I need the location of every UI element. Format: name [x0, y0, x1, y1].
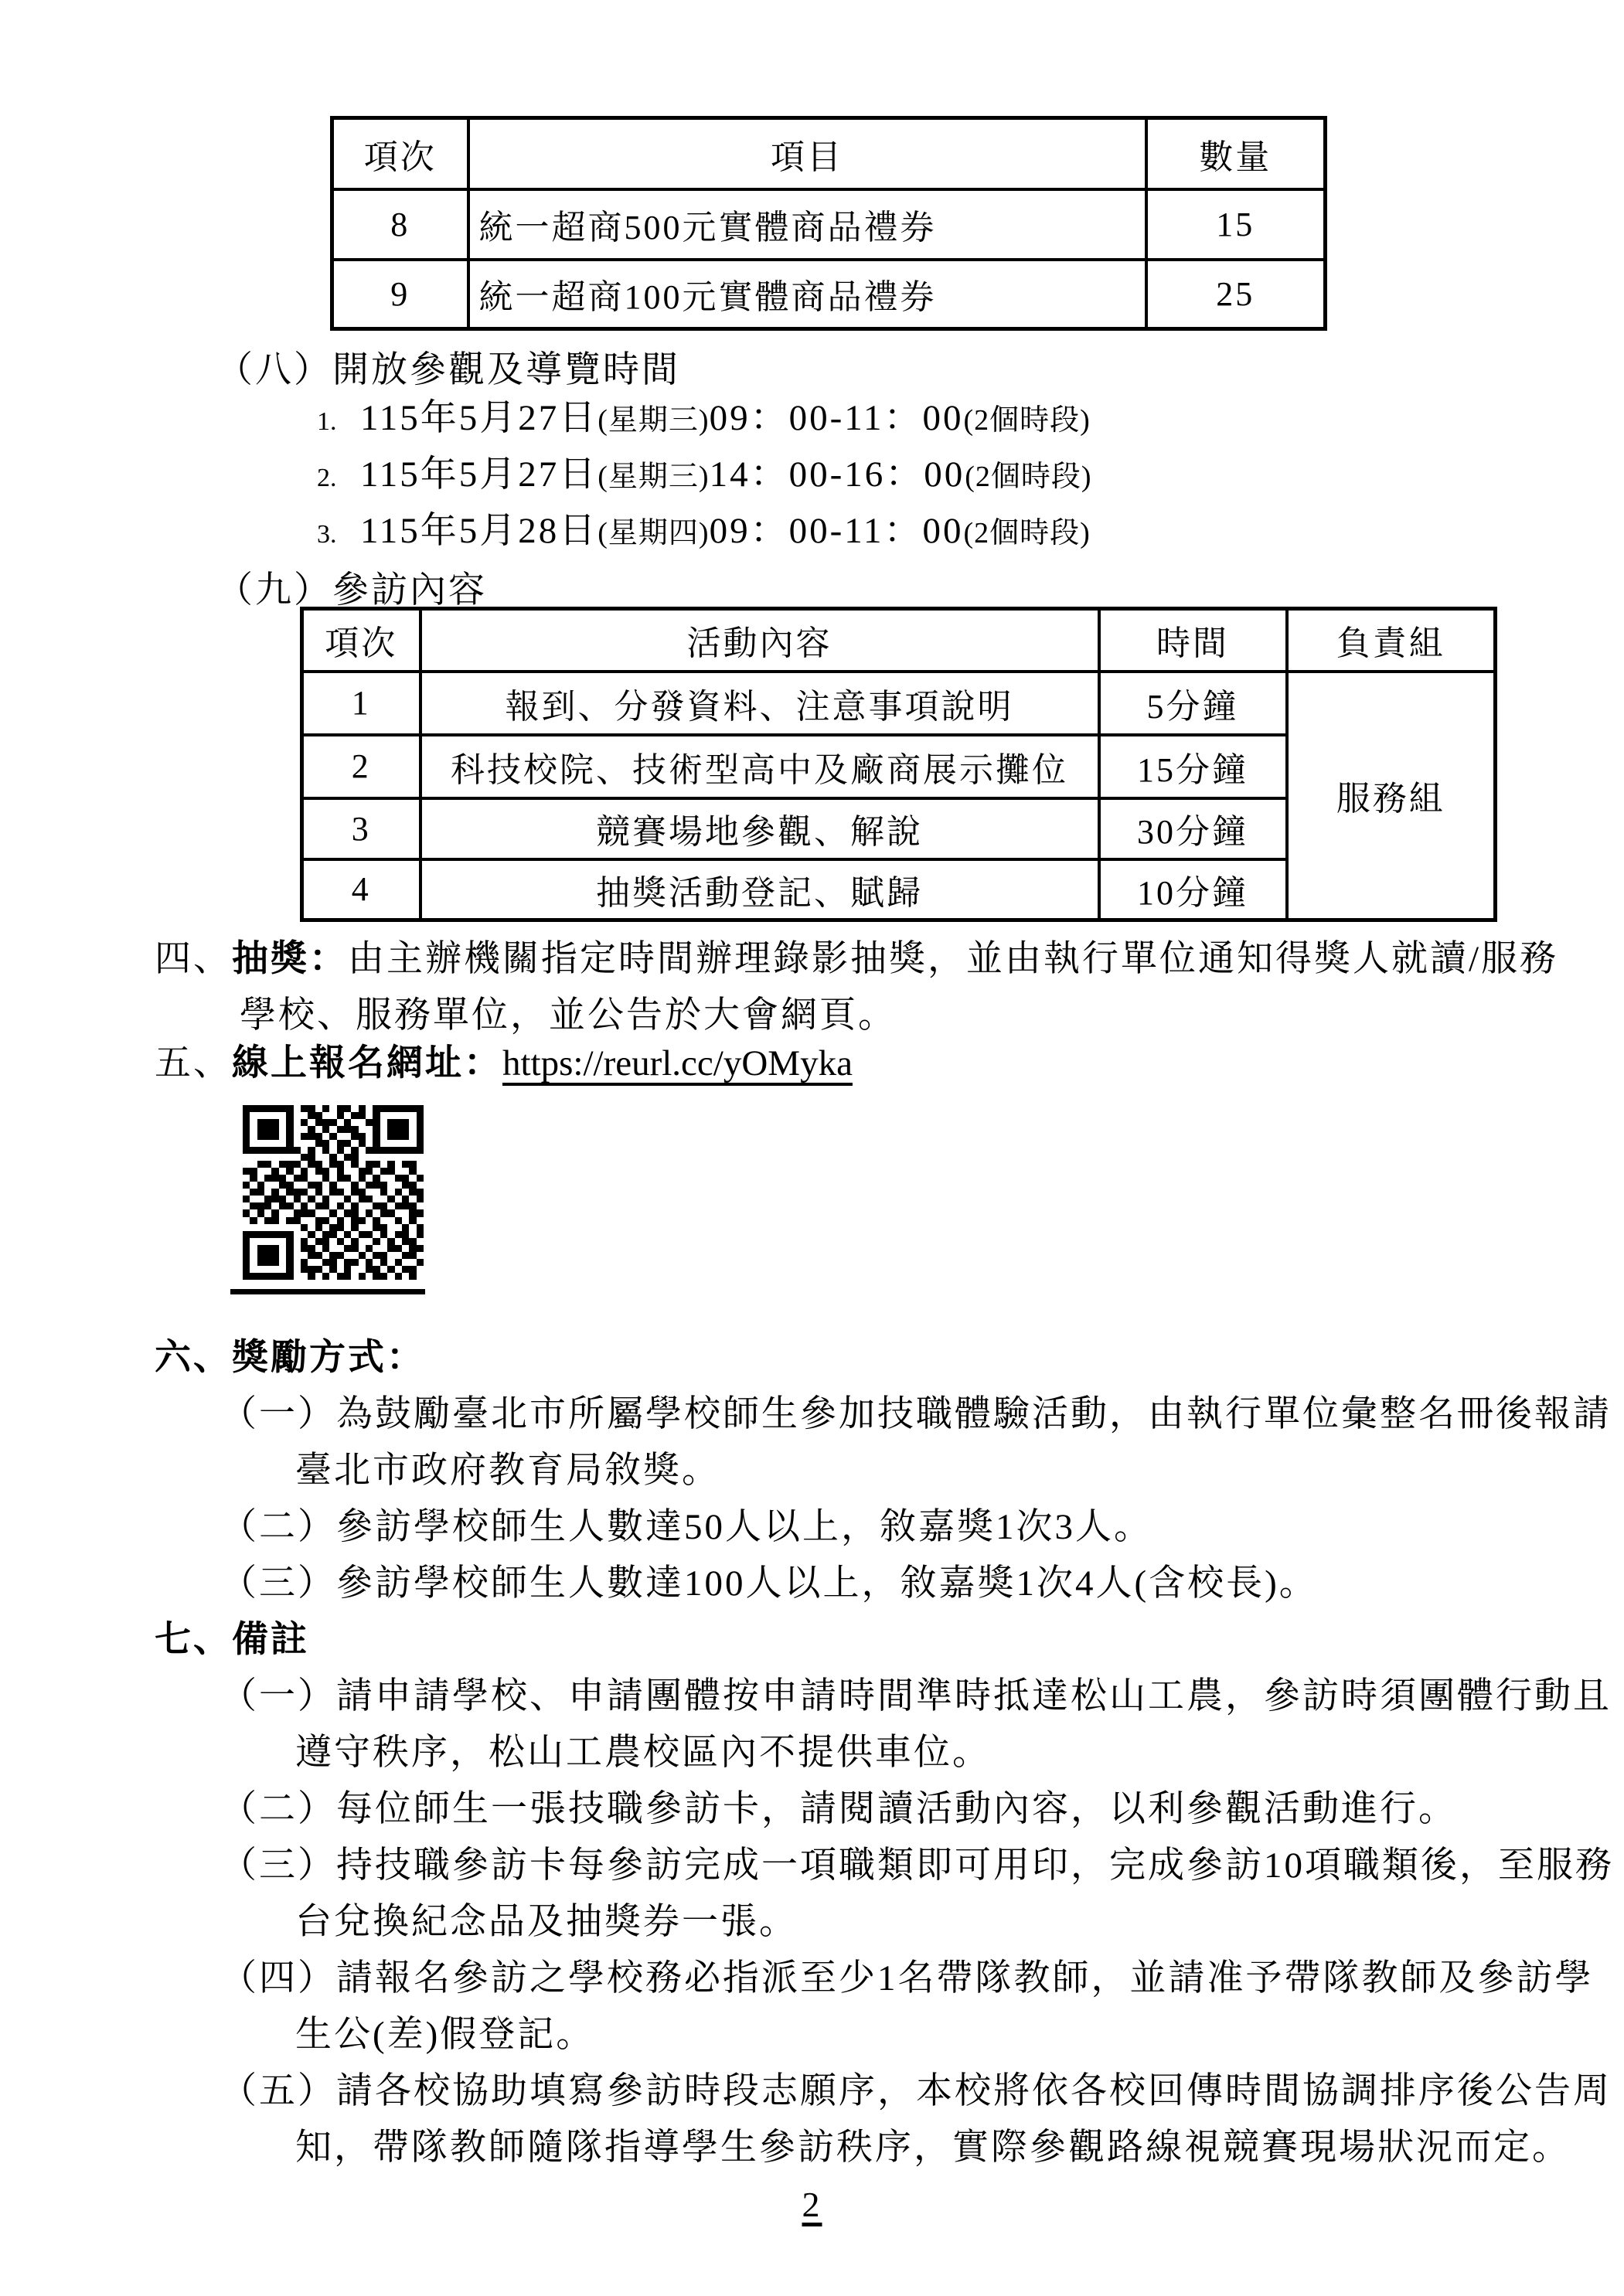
table-cell: 15分鐘: [1099, 735, 1287, 798]
column-header: 項次: [302, 609, 420, 672]
list-item: 1.115年5月27日(星期三)09：00-11：00(2個時段): [317, 396, 1091, 441]
table-cell: 4: [302, 859, 420, 920]
table-header-row: 項次 項目 數量: [332, 118, 1326, 189]
date-text: 115年5月27日: [360, 398, 598, 438]
section4-line2: 學校、服務單位，並公告於大會網頁。: [240, 993, 897, 1039]
qr-underline-rule: [230, 1289, 425, 1294]
section6-number: 六、: [155, 1335, 232, 1381]
table-cell: 3: [302, 798, 420, 859]
section6-item-continuation: 臺北市政府教育局敘獎。: [295, 1448, 720, 1494]
section7-number: 七、: [155, 1617, 232, 1663]
table-cell: 抽獎活動登記、賦歸: [420, 859, 1099, 920]
visit-content-table: 項次 活動內容 時間 負責組 1 報到、分發資料、注意事項說明 5分鐘 服務組 …: [300, 607, 1497, 922]
table-header-row: 項次 活動內容 時間 負責組: [302, 609, 1496, 672]
column-header: 活動內容: [420, 609, 1099, 672]
table-cell: 統一超商100元實體商品禮券: [468, 260, 1146, 329]
date-text: 115年5月28日: [360, 511, 598, 551]
list-item-marker: 3.: [317, 519, 360, 552]
section5-line: 五、線上報名網址：https://reurl.cc/yOMyka: [155, 1041, 853, 1087]
section6-title: 獎勵方式：: [232, 1338, 425, 1378]
section7-item: （一）請申請學校、申請團體按申請時間準時抵達松山工農，參訪時須團體行動且: [220, 1674, 1612, 1719]
table-cell: 9: [332, 260, 468, 329]
section7-item-continuation: 遵守秩序，松山工農校區內不提供車位。: [295, 1730, 991, 1776]
section4-number: 四、: [155, 937, 232, 982]
section6-item: （二）參訪學校師生人數達50人以上，敘嘉獎1次3人。: [220, 1505, 1152, 1550]
section7-item: （四）請報名參訪之學校務必指派至少1名帶隊教師，並請准予帶隊教師及參訪學: [220, 1956, 1594, 2002]
column-header: 數量: [1146, 118, 1326, 189]
table-cell: 競賽場地參觀、解說: [420, 798, 1099, 859]
list-item: 3.115年5月28日(星期四)09：00-11：00(2個時段): [317, 509, 1091, 554]
date-text: 115年5月27日: [360, 454, 598, 495]
table-cell: 15: [1146, 189, 1326, 260]
prize-table: 項次 項目 數量 8 統一超商500元實體商品禮券 15 9 統一超商100元實…: [330, 116, 1327, 331]
column-header: 項次: [332, 118, 468, 189]
section7-item: （二）每位師生一張技職參訪卡，請閱讀活動內容，以利參觀活動進行。: [220, 1787, 1457, 1832]
list-item-marker: 1.: [317, 406, 360, 439]
page-footer: 2: [0, 2184, 1624, 2225]
weekday-text: (星期四): [598, 517, 709, 549]
table-row: 9 統一超商100元實體商品禮券 25: [332, 260, 1326, 329]
note-text: (2個時段): [964, 404, 1091, 437]
table-cell: 8: [332, 189, 468, 260]
section7-item: （五）請各校協助填寫參訪時段志願序，本校將依各校回傳時間協調排序後公告周: [220, 2069, 1612, 2114]
section5-number: 五、: [155, 1041, 232, 1087]
table-cell: 1: [302, 672, 420, 735]
section7-item-continuation: 知，帶隊教師隨隊指導學生參訪秩序，實際參觀路線視競賽現場狀況而定。: [295, 2125, 1571, 2171]
section6-item: （一）為鼓勵臺北市所屬學校師生參加技職體驗活動，由執行單位彙整名冊後報請: [220, 1392, 1612, 1437]
section6-heading: 六、獎勵方式：: [155, 1335, 425, 1381]
table-cell: 10分鐘: [1099, 859, 1287, 920]
section7-heading: 七、備註: [155, 1617, 309, 1663]
note-text: (2個時段): [964, 517, 1091, 549]
qr-code: [243, 1105, 424, 1280]
table-row: 8 統一超商500元實體商品禮券 15: [332, 189, 1326, 260]
column-header: 負責組: [1287, 609, 1496, 672]
table-cell: 5分鐘: [1099, 672, 1287, 735]
section7-item: （三）持技職參訪卡每參訪完成一項職類即可用印，完成參訪10項職類後，至服務: [220, 1843, 1614, 1889]
table-cell: 統一超商500元實體商品禮券: [468, 189, 1146, 260]
section4-term: 抽獎：: [232, 939, 348, 979]
section4-line1: 四、抽獎：由主辦機關指定時間辦理錄影抽獎，並由執行單位通知得獎人就讀/服務: [155, 937, 1558, 982]
table-row: 1 報到、分發資料、注意事項說明 5分鐘 服務組: [302, 672, 1496, 735]
section7-title: 備註: [232, 1620, 309, 1660]
column-header: 項目: [468, 118, 1146, 189]
responsible-group-cell: 服務組: [1287, 672, 1496, 920]
weekday-text: (星期三): [598, 461, 709, 493]
table-cell: 25: [1146, 260, 1326, 329]
list-item-marker: 2.: [317, 462, 360, 495]
page-number: 2: [802, 2185, 822, 2224]
list-item: 2.115年5月27日(星期三)14：00-16：00(2個時段): [317, 452, 1092, 498]
section7-item-continuation: 台兌換紀念品及抽獎券一張。: [295, 1900, 798, 1945]
section6-item: （三）參訪學校師生人數達100人以上，敘嘉獎1次4人(含校長)。: [220, 1561, 1318, 1607]
section5-label: 線上報名網址：: [232, 1043, 502, 1083]
time-text: 14：00-16：00: [710, 454, 965, 495]
section4-text: 由主辦機關指定時間辦理錄影抽獎，並由執行單位通知得獎人就讀/服務: [348, 939, 1558, 979]
weekday-text: (星期三): [598, 404, 709, 437]
time-text: 09：00-11：00: [710, 511, 964, 551]
time-text: 09：00-11：00: [710, 398, 964, 438]
table-cell: 科技校院、技術型高中及廠商展示攤位: [420, 735, 1099, 798]
column-header: 時間: [1099, 609, 1287, 672]
document-page: 項次 項目 數量 8 統一超商500元實體商品禮券 15 9 統一超商100元實…: [0, 0, 1624, 2296]
section8-heading: （八）開放參觀及導覽時間: [216, 348, 680, 393]
table-cell: 2: [302, 735, 420, 798]
table-cell: 30分鐘: [1099, 798, 1287, 859]
table-cell: 報到、分發資料、注意事項說明: [420, 672, 1099, 735]
signup-url-link[interactable]: https://reurl.cc/yOMyka: [502, 1043, 853, 1083]
section7-item-continuation: 生公(差)假登記。: [295, 2012, 594, 2058]
note-text: (2個時段): [965, 461, 1091, 493]
